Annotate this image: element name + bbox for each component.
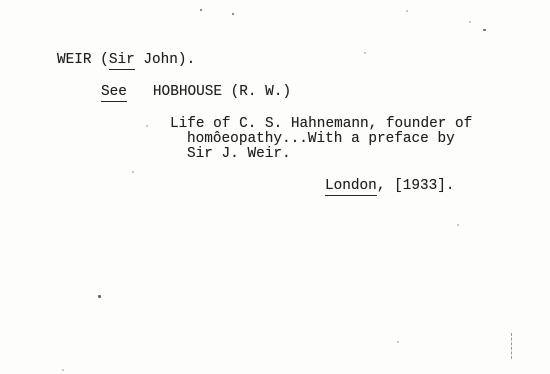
scan-speck: [98, 295, 101, 298]
scan-speck: [132, 171, 134, 173]
scan-speck: [62, 369, 64, 371]
scan-speck: [397, 341, 399, 343]
scan-speck: [457, 224, 459, 226]
note-line-3: Sir J. Weir.: [187, 147, 291, 162]
note-line-2: homôeopathy...With a preface by: [187, 132, 455, 147]
see-label: See: [101, 84, 127, 102]
note-line-1: Life of C. S. Hahnemann, founder of: [170, 117, 472, 132]
scan-edge-artifact: [511, 333, 512, 359]
heading-pre: WEIR (: [57, 52, 109, 68]
scan-speck: [483, 29, 486, 31]
heading-author: WEIR (Sir John).: [57, 53, 195, 68]
scan-speck: [232, 13, 234, 15]
see-reference: SeeHOBHOUSE (R. W.): [101, 85, 291, 100]
catalog-card: WEIR (Sir John). SeeHOBHOUSE (R. W.) Lif…: [0, 0, 550, 374]
scan-speck: [146, 125, 148, 127]
imprint-place: London: [325, 178, 377, 196]
heading-post: John).: [135, 52, 195, 68]
see-target: HOBHOUSE (R. W.): [153, 84, 291, 100]
heading-underlined-sir: Sir: [109, 52, 135, 70]
scan-speck: [200, 9, 202, 11]
imprint: London, [1933].: [325, 179, 455, 194]
imprint-rest: , [1933].: [377, 178, 455, 194]
scan-speck: [364, 52, 366, 54]
scan-speck: [406, 10, 408, 12]
scan-speck: [469, 21, 471, 23]
